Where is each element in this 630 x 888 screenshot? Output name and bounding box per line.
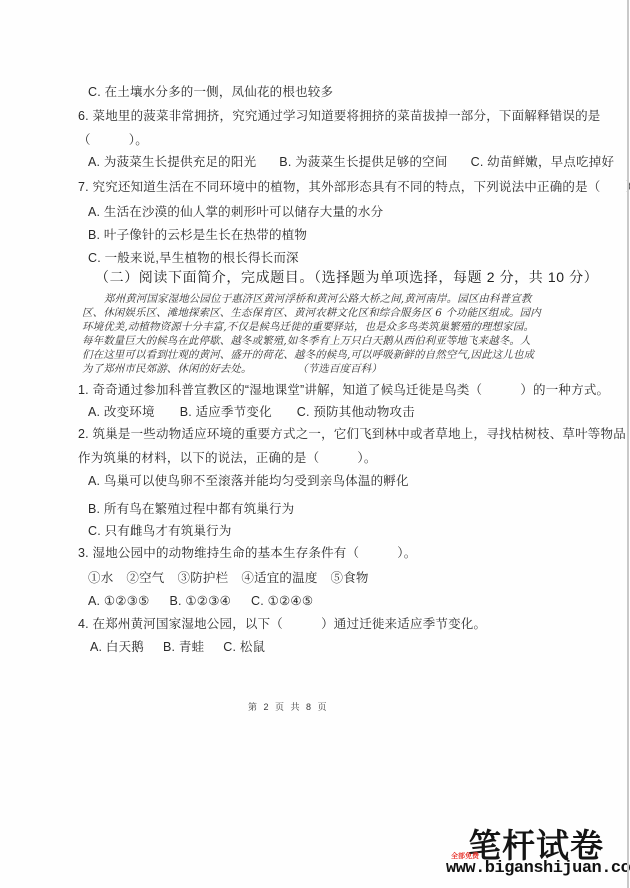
q6-options-row: A. 为菠菜生长提供充足的阳光 B. 为菠菜生长提供足够的空间 C. 幼苗鲜嫩，…: [88, 156, 614, 170]
passage-line-6-text: 为了郑州市民郊游、休闲的好去处。: [82, 363, 252, 375]
q1-option-a: A. 改变环境: [88, 406, 155, 420]
q6-option-c: C. 幼苗鲜嫩，早点吃掉好: [471, 156, 615, 170]
q3-option-b: B. ①②③④: [170, 595, 232, 609]
q3-item-5: ⑤食物: [331, 572, 369, 586]
q6-option-b: B. 为菠菜生长提供足够的空间: [279, 156, 447, 170]
passage-line-6: 为了郑州市民郊游、休闲的好去处。 （节选百度百科）: [82, 364, 382, 376]
q3-stem: 3. 湿地公园中的动物维持生命的基本生存条件有（ ）。: [78, 547, 416, 561]
q3-item-3: ③防护栏: [178, 572, 229, 586]
q7-stem: 7. 究究还知道生活在不同环境中的植物，其外部形态具有不同的特点，下列说法中正确…: [78, 181, 630, 195]
scanned-exam-page: C. 在土壤水分多的一侧，凤仙花的根也较多 6. 菜地里的菠菜非常拥挤，究究通过…: [0, 0, 630, 888]
q3-item-1: ①水: [88, 572, 113, 586]
q6-stem-line2: （ ）。: [78, 134, 148, 148]
q2-stem-line1: 2. 筑巢是一些动物适应环境的重要方式之一，它们飞到林中或者草地上，寻找枯树枝、…: [78, 428, 626, 442]
q3-item-4: ④适宜的温度: [241, 572, 317, 586]
q2-option-a: A. 鸟巢可以使鸟卵不至滚落并能均匀受到亲鸟体温的孵化: [88, 475, 409, 489]
q4-option-a: A. 白天鹅: [90, 641, 144, 655]
q3-option-c: C. ①②④⑤: [251, 595, 313, 609]
q5-option-c: C. 在土壤水分多的一侧，凤仙花的根也较多: [88, 86, 333, 100]
q1-option-c: C. 预防其他动物攻击: [297, 406, 415, 420]
q4-options-row: A. 白天鹅 B. 青蛙 C. 松鼠: [90, 641, 265, 655]
q4-option-b: B. 青蛙: [163, 641, 204, 655]
q1-stem: 1. 奇奇通过参加科普宣教区的“湿地课堂”讲解，知道了候鸟迁徙是鸟类（ ）的一种…: [78, 384, 609, 398]
q3-item-2: ②空气: [126, 572, 164, 586]
q6-option-a: A. 为菠菜生长提供充足的阳光: [88, 156, 256, 170]
q3-option-a: A. ①②③⑤: [88, 595, 150, 609]
q1-option-b: B. 适应季节变化: [180, 406, 272, 420]
q3-options-row: A. ①②③⑤ B. ①②③④ C. ①②④⑤: [88, 595, 313, 609]
scan-edge-line: [627, 0, 629, 888]
passage-line-2: 区、休闲娱乐区、滩地探索区、生态保育区、黄河农耕文化区和综合服务区 6 个功能区…: [82, 308, 541, 320]
q2-option-c: C. 只有雌鸟才有筑巢行为: [88, 525, 232, 539]
q7-option-a: A. 生活在沙漠的仙人掌的刺形叶可以储存大量的水分: [88, 206, 383, 220]
q4-stem: 4. 在郑州黄河国家湿地公园，以下（ ）通过迁徙来适应季节变化。: [78, 618, 486, 632]
page-indicator: 第 2 页 共 8 页: [248, 700, 329, 713]
passage-line-5: 们在这里可以看到壮观的黄河、盛开的荷花、越冬的候鸟,可以呼吸新鲜的自然空气,因此…: [82, 350, 534, 362]
passage-line-1: 郑州黄河国家湿地公园位于惠济区黄河浮桥和黄河公路大桥之间,黄河南岸。园区由科普宣…: [104, 294, 531, 306]
passage-source: （节选百度百科）: [297, 363, 382, 375]
passage-line-3: 环境优美,动植物资源十分丰富,不仅是候鸟迁徙的重要驿站，也是众多鸟类筑巢繁殖的理…: [82, 322, 534, 334]
watermark-site-url: www.biganshijuan.com: [446, 859, 630, 878]
q1-options-row: A. 改变环境 B. 适应季节变化 C. 预防其他动物攻击: [88, 406, 415, 420]
q7-option-b: B. 叶子像针的云杉是生长在热带的植物: [88, 229, 307, 243]
passage-line-4: 每年数量巨大的候鸟在此停歇、越冬或繁殖,如冬季有上万只白天鹅从西伯利亚等地飞来越…: [82, 336, 531, 348]
section2-header: （二）阅读下面简介，完成题目。（选择题为单项选择，每题 2 分，共 10 分）: [95, 270, 598, 285]
q2-option-b: B. 所有鸟在繁殖过程中都有筑巢行为: [88, 503, 294, 517]
q3-items-row: ①水 ②空气 ③防护栏 ④适宜的温度 ⑤食物: [88, 572, 369, 586]
q7-option-c: C. 一般来说,旱生植物的根长得长而深: [88, 252, 299, 266]
q4-option-c: C. 松鼠: [223, 641, 265, 655]
q2-stem-line2: 作为筑巢的材料，以下的说法，正确的是（ ）。: [78, 452, 377, 466]
q6-stem-line1: 6. 菜地里的菠菜非常拥挤，究究通过学习知道要将拥挤的菜苗拔掉一部分，下面解释错…: [78, 110, 601, 124]
